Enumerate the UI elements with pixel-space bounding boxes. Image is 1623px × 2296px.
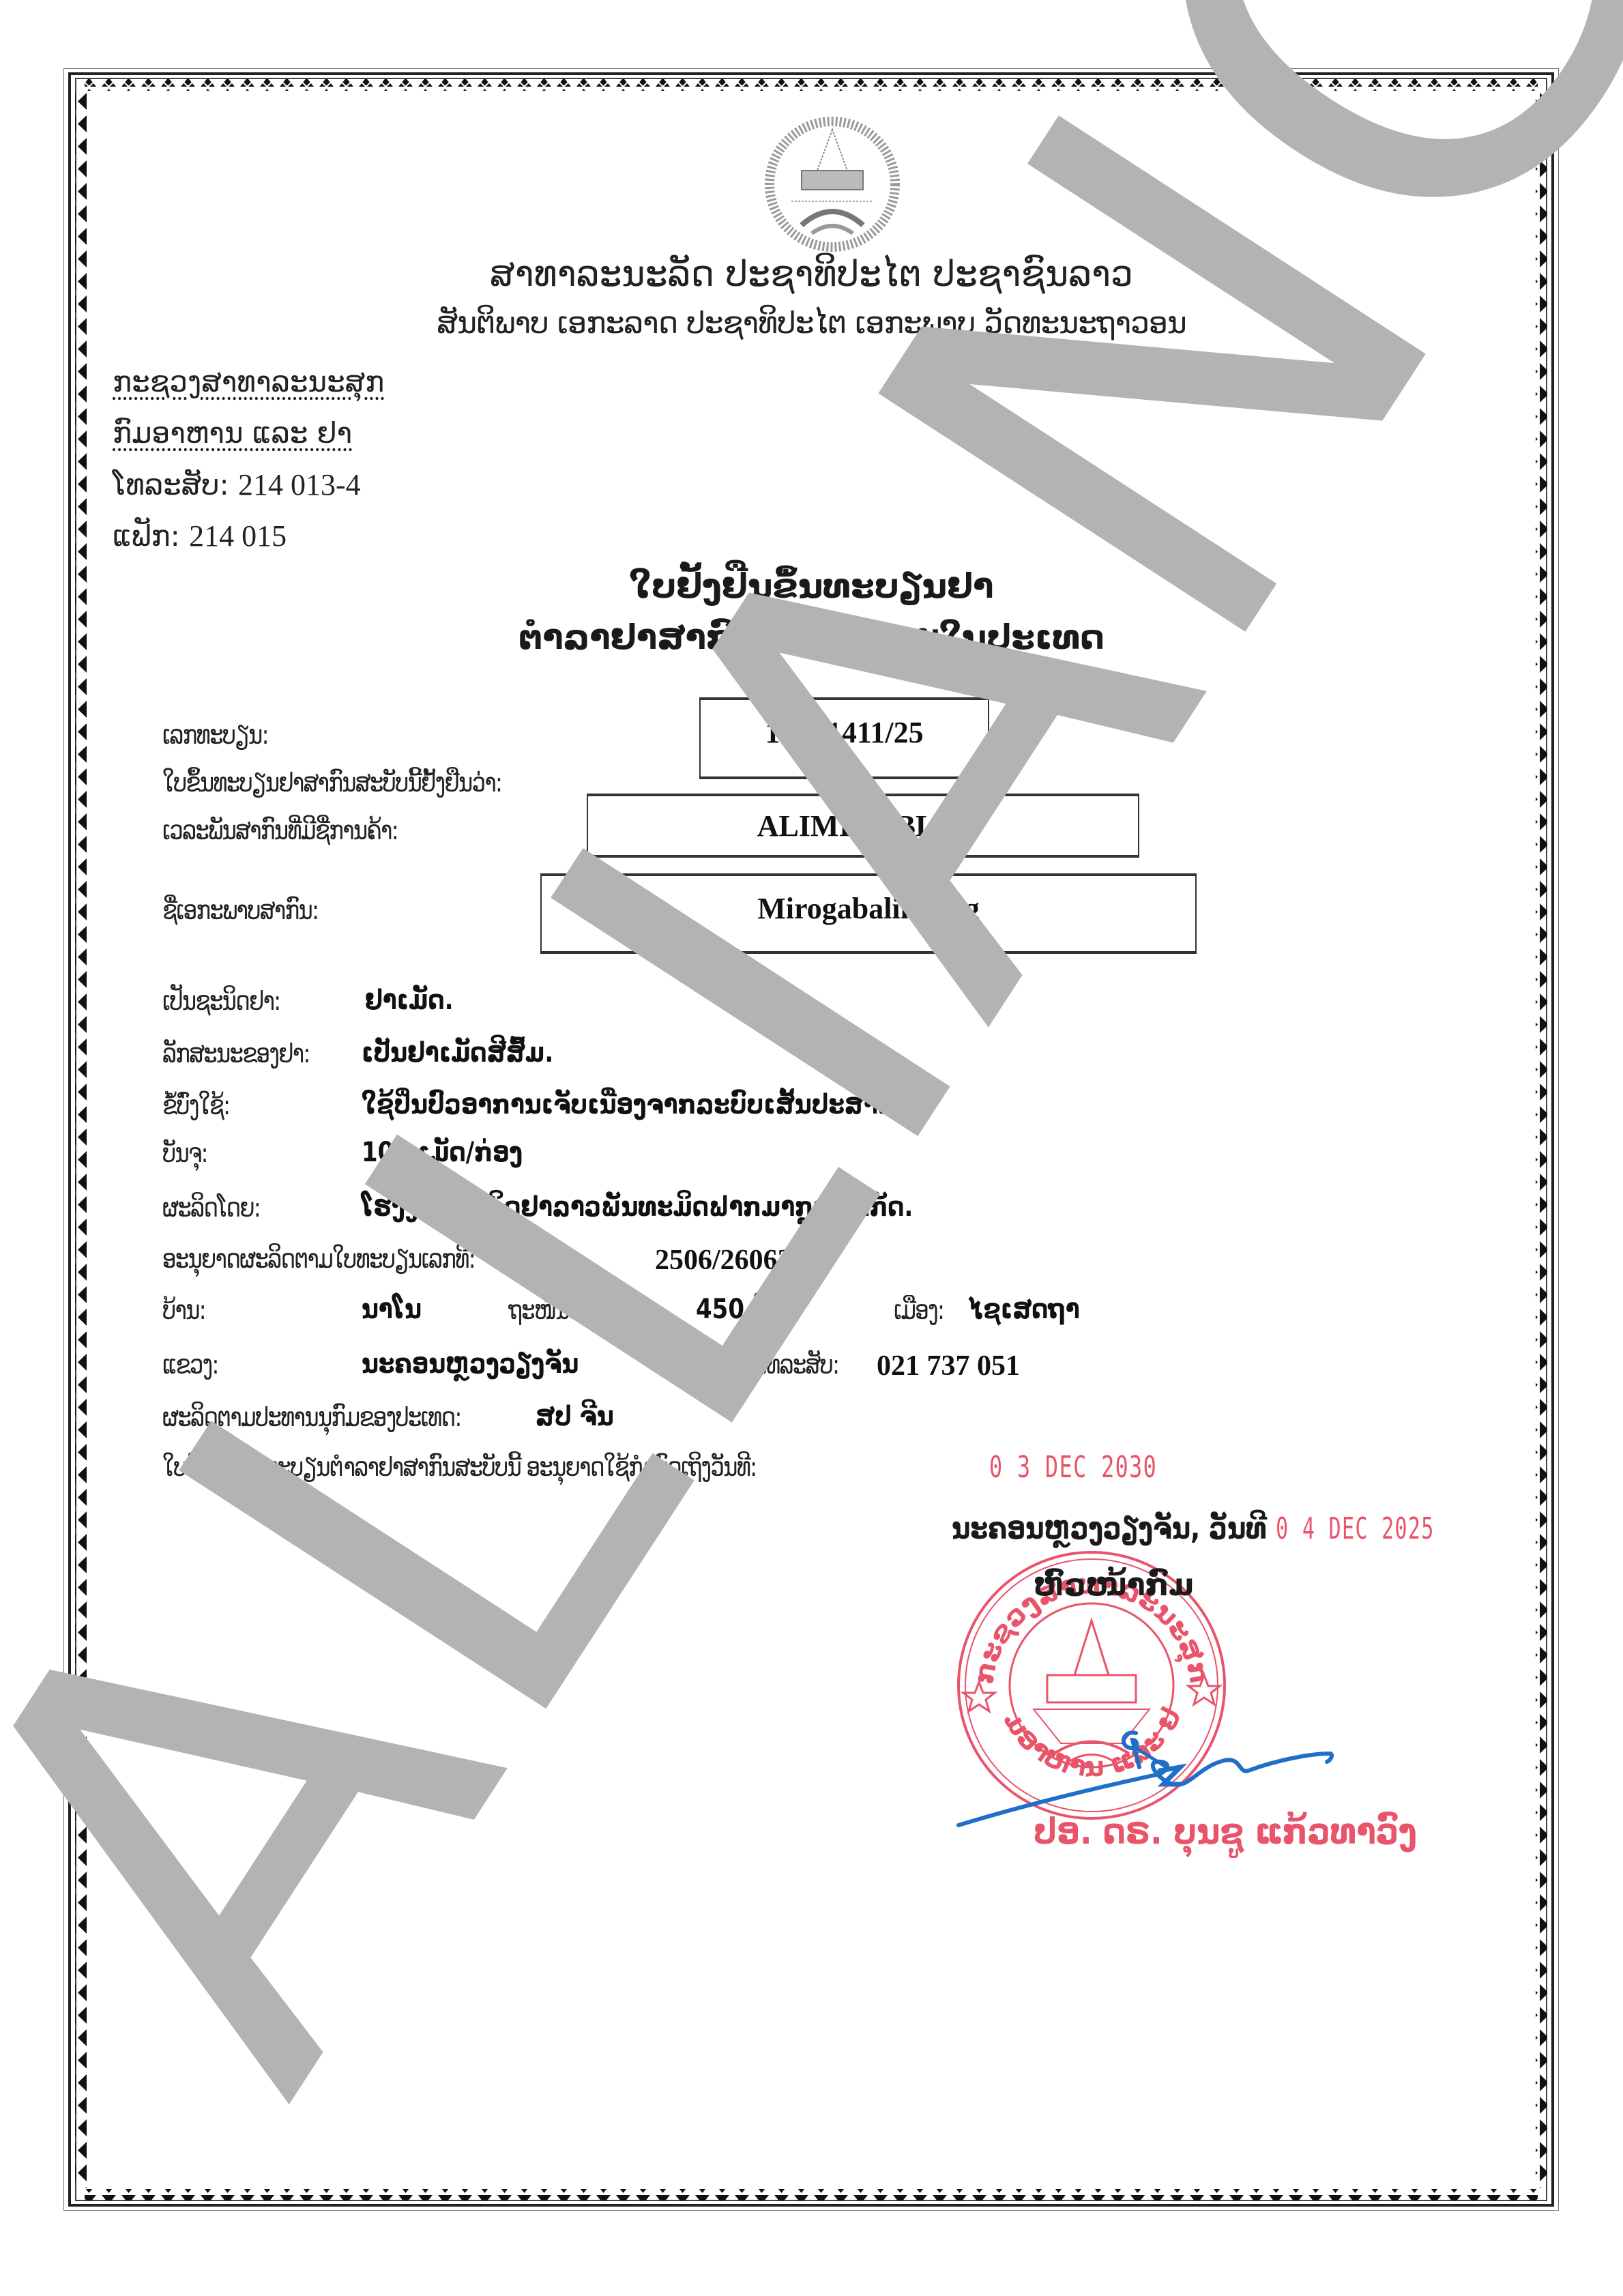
- place-date-prefix: ນະຄອນຫຼວງວຽງຈັນ, ວັນທີ: [952, 1511, 1267, 1546]
- fax-label: ແຟັກ:: [113, 519, 180, 553]
- validity-label: ໃບຢັ້ງຢືນຂຶ້ນທະບຽນຕຳລາຢາສາກົນສະບັບນີ້ ອະ…: [162, 1452, 756, 1482]
- road-value: 450 ປີ: [696, 1294, 770, 1325]
- license-value: 2506/260620: [655, 1244, 806, 1277]
- tel-label: ໂທລະສັບ:: [757, 1350, 838, 1380]
- manufacturer-value: ໂຮງງານຜະລິດຢາລາວພັນທະມິດຟາກມາກຼຸບ ຈຳກັດ.: [362, 1191, 913, 1223]
- fax-value: 214 015: [189, 519, 287, 553]
- province-value: ນະຄອນຫຼວງວຽງຈັນ: [362, 1348, 579, 1380]
- tel-value: 021 737 051: [877, 1350, 1020, 1382]
- state-title: ສາທາລະນະລັດ ປະຊາທິປະໄຕ ປະຊາຊົນລາວ: [0, 254, 1623, 295]
- indication-value: ໃຊ້ປິ່ນປົວອາການເຈັບເນື່ອງຈາກລະບົບເສັ້ນປະ…: [362, 1089, 903, 1120]
- road-label: ຖະໜົນ:: [508, 1295, 575, 1325]
- phone-value: 214 013-4: [238, 468, 361, 502]
- indication-label: ຂໍ້ບົ່ງໃຊ້:: [162, 1090, 229, 1120]
- border-pattern: [0, 0, 1623, 2296]
- district-label: ເມືອງ:: [894, 1295, 944, 1325]
- district-value: ໄຊເສດຖາ: [969, 1294, 1080, 1325]
- state-motto: ສັນຕິພາບ ເອກະລາດ ປະຊາທິປະໄຕ ເອກະພາບ ວັດທ…: [0, 306, 1623, 340]
- generic-name-box: Mirogabalin 5mg: [540, 873, 1197, 954]
- village-value: ນາໂນ: [362, 1294, 422, 1325]
- document-title: ໃບຢັ້ງຢືນຂຶ້ນທະບຽນຢາ: [0, 566, 1623, 606]
- lao-national-emblem-icon: [764, 116, 901, 252]
- reg-no-box: 11 L 1411/25: [699, 697, 989, 779]
- form-value: ຢາເມັດ.: [365, 985, 453, 1016]
- packing-label: ບັນຈຸ:: [162, 1138, 207, 1168]
- village-label: ບ້ານ:: [162, 1295, 205, 1325]
- appearance-value: ເປັນຢາເມັດສີສົ້ມ.: [362, 1037, 553, 1069]
- issuer-fax: ແຟັກ: 214 015: [113, 519, 287, 553]
- origin-value: ສປ ຈີນ: [536, 1401, 614, 1432]
- appearance-label: ລັກສະນະຂອງຢາ:: [162, 1038, 310, 1069]
- issue-date-stamp: 0 4 DEC 2025: [1276, 1511, 1434, 1546]
- brand-label: ເວລະພັນສາກົນທີ່ມີຊື່ການຄ້າ:: [162, 815, 398, 845]
- license-label: ອະນຸຍາດຜະລິດຕາມໃບທະບຽນເລກທີ:: [162, 1244, 475, 1274]
- province-label: ແຂວງ:: [162, 1350, 218, 1380]
- form-label: ເປັນຊະນິດຢາ:: [162, 986, 280, 1016]
- manufacturer-label: ຜະລິດໂດຍ:: [162, 1193, 260, 1223]
- generic-label: ຊື່ເອກະພາບສາກົນ:: [162, 895, 318, 925]
- signer-title: ຫົວໜ້າກົມ: [1034, 1568, 1194, 1603]
- validity-date-stamp: 0 3 DEC 2030: [989, 1450, 1157, 1485]
- ministry-name: ກະຊວງສາທາລະນະສຸກ: [113, 365, 384, 398]
- handwritten-signature: [955, 1719, 1337, 1835]
- document-subtitle: ຕຳລາຢາສາກົນຜະລິດພາຍໃນປະເທດ: [0, 617, 1623, 657]
- reg-no-label: ເລກທະບຽນ:: [162, 720, 268, 750]
- issuer-phone: ໂທລະສັບ: 214 013-4: [113, 467, 361, 502]
- department-name: ກົມອາຫານ ແລະ ຢາ: [113, 416, 352, 450]
- packing-value: 100 ເມັດ/ກ່ອງ: [362, 1137, 523, 1168]
- certifies-label: ໃບຂຶ້ນທະບຽນຢາສາກົນສະບັບນີ້ຢັ້ງຢືນວ່າ:: [162, 768, 501, 798]
- origin-label: ຜະລິດຕາມປະທານນຸກົມຂອງປະເທດ:: [162, 1402, 461, 1432]
- phone-label: ໂທລະສັບ:: [113, 468, 229, 502]
- brand-name-box: ALIMIRGBLIN: [587, 794, 1139, 858]
- place-and-date: ນະຄອນຫຼວງວຽງຈັນ, ວັນທີ 0 4 DEC 2025: [952, 1511, 1474, 1546]
